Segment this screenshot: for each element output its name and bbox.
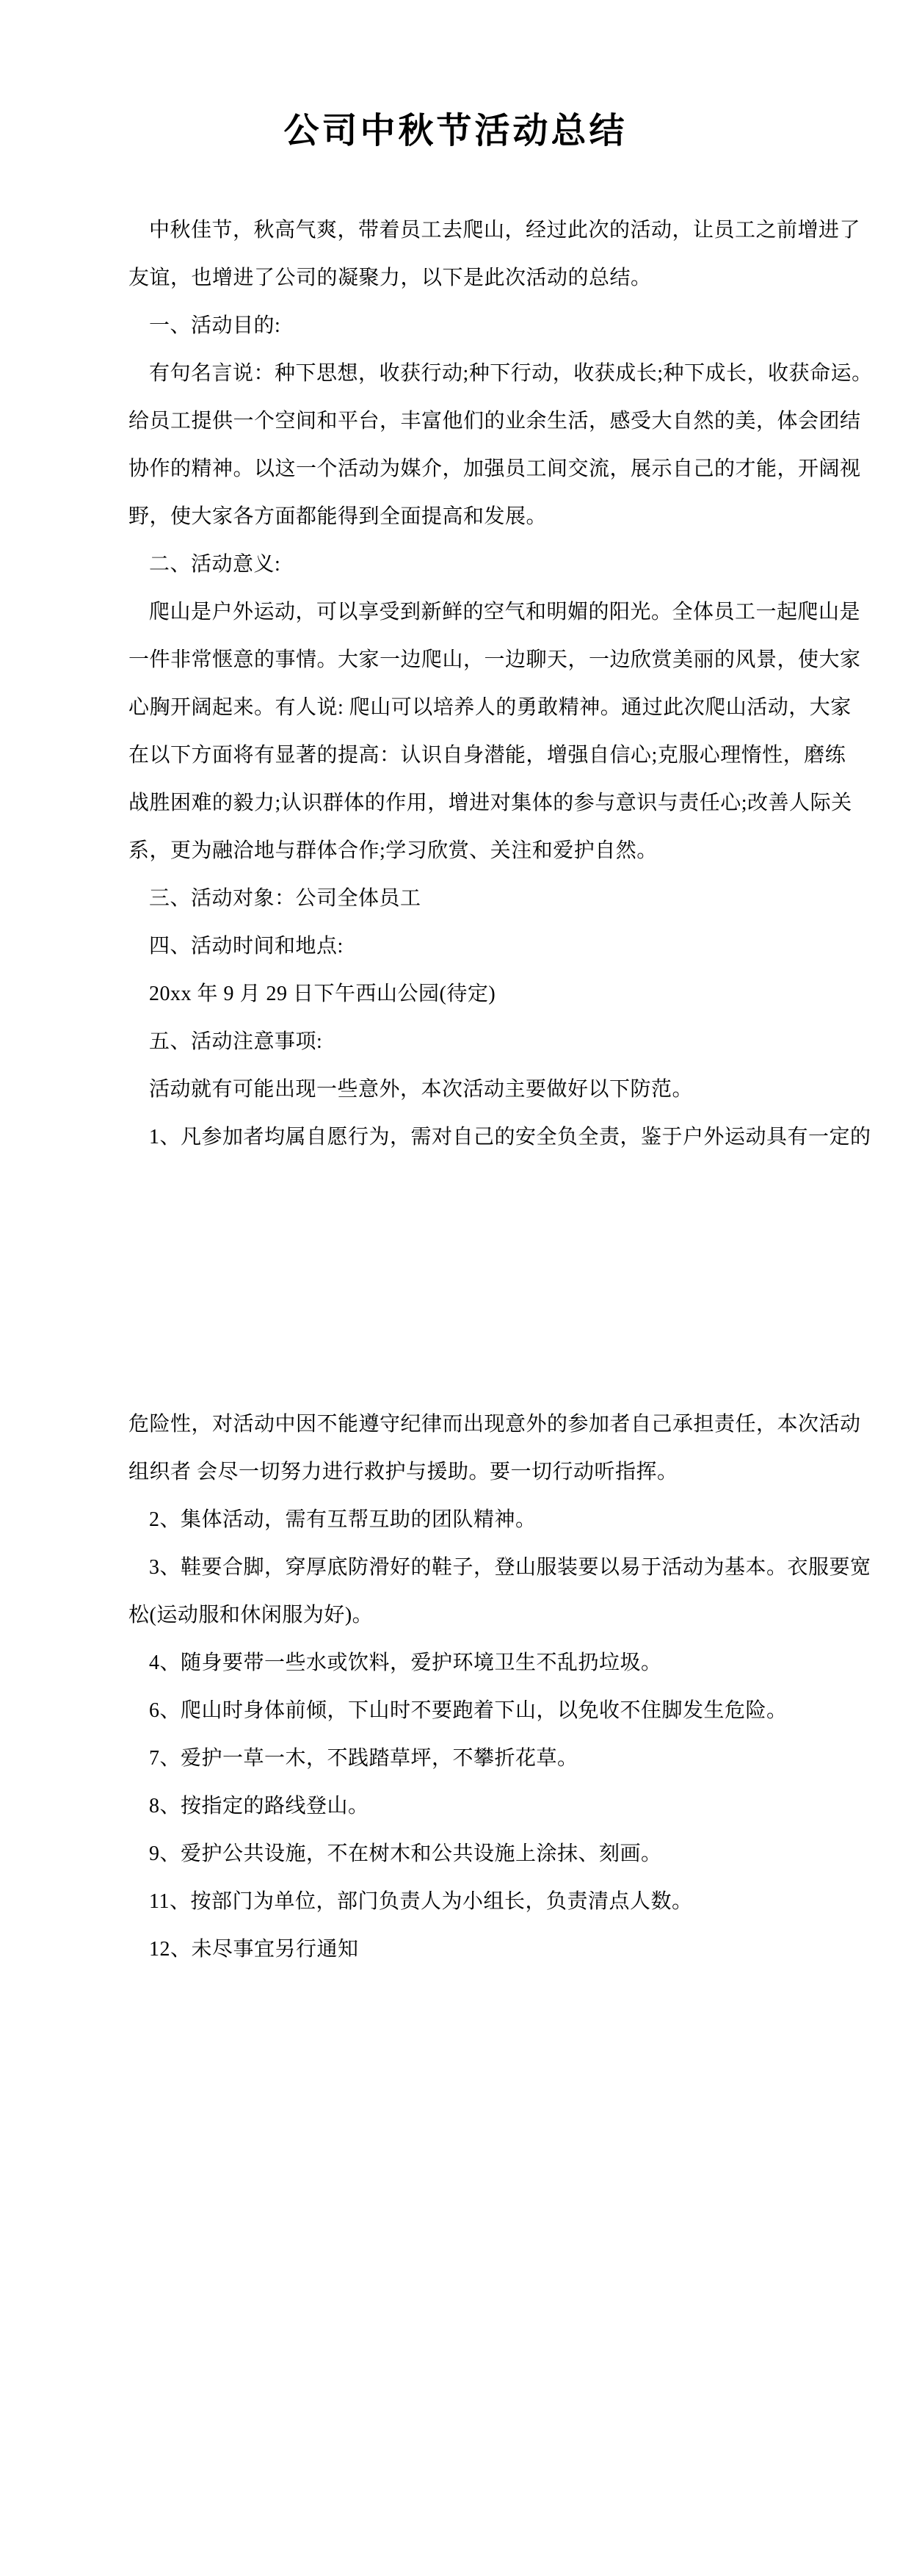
document-page: 公司中秋节活动总结 中秋佳节，秋高气爽，带着员工去爬山，经过此次的活动，让员工之… [0, 0, 911, 2576]
text-line: 五、活动注意事项: [128, 1018, 830, 1066]
text-line: 战胜困难的毅力;认识群体的作用，增进对集体的参与意识与责任心;改善人际关 [128, 779, 830, 827]
text-line: 三、活动对象：公司全体员工 [128, 875, 830, 922]
text-line: 松(运动服和休闲服为好)。 [128, 1591, 830, 1639]
text-line: 9、爱护公共设施，不在树木和公共设施上涂抹、刻画。 [128, 1830, 830, 1878]
text-line: 四、活动时间和地点: [128, 922, 830, 970]
text-line: 二、活动意义: [128, 540, 830, 588]
text-line: 心胸开阔起来。有人说: 爬山可以培养人的勇敢精神。通过此次爬山活动，大家 [128, 684, 830, 731]
text-line: 4、随身要带一些水或饮料，爱护环境卫生不乱扔垃圾。 [128, 1639, 830, 1687]
text-line: 8、按指定的路线登山。 [128, 1782, 830, 1830]
text-line: 7、爱护一草一木，不践踏草坪，不攀折花草。 [128, 1734, 830, 1782]
page2-text-block: 危险性，对活动中因不能遵守纪律而出现意外的参加者自己承担责任，本次活动组织者 会… [0, 1400, 911, 1973]
text-line: 一件非常惬意的事情。大家一边爬山，一边聊天，一边欣赏美丽的风景，使大家 [128, 636, 830, 684]
text-line: 20xx 年 9 月 29 日下午西山公园(待定) [128, 970, 830, 1018]
text-line: 有句名言说：种下思想，收获行动;种下行动，收获成长;种下成长，收获命运。 [128, 350, 830, 397]
text-line: 6、爬山时身体前倾，下山时不要跑着下山，以免收不住脚发生危险。 [128, 1687, 830, 1734]
document-title: 公司中秋节活动总结 [0, 110, 911, 153]
text-line: 2、集体活动，需有互帮互助的团队精神。 [128, 1496, 830, 1544]
page1-text-block: 中秋佳节，秋高气爽，带着员工去爬山，经过此次的活动，让员工之前增进了友谊，也增进… [0, 206, 911, 1161]
text-line: 一、活动目的: [128, 302, 830, 350]
text-line: 危险性，对活动中因不能遵守纪律而出现意外的参加者自己承担责任，本次活动 [128, 1400, 830, 1448]
text-line: 组织者 会尽一切努力进行救护与援助。要一切行动听指挥。 [128, 1448, 830, 1496]
text-line: 系，更为融洽地与群体合作;学习欣赏、关注和爱护自然。 [128, 827, 830, 875]
text-line: 12、未尽事宜另行通知 [128, 1925, 830, 1973]
text-line: 活动就有可能出现一些意外，本次活动主要做好以下防范。 [128, 1066, 830, 1113]
text-line: 野，使大家各方面都能得到全面提高和发展。 [128, 493, 830, 540]
text-line: 爬山是户外运动，可以享受到新鲜的空气和明媚的阳光。全体员工一起爬山是 [128, 588, 830, 636]
text-line: 给员工提供一个空间和平台，丰富他们的业余生活，感受大自然的美，体会团结 [128, 397, 830, 445]
text-line: 协作的精神。以这一个活动为媒介，加强员工间交流，展示自己的才能，开阔视 [128, 445, 830, 493]
text-line: 1、凡参加者均属自愿行为，需对自己的安全负全责，鉴于户外运动具有一定的 [128, 1113, 830, 1161]
text-line: 在以下方面将有显著的提高：认识自身潜能，增强自信心;克服心理惰性，磨练 [128, 731, 830, 779]
text-line: 11、按部门为单位，部门负责人为小组长，负责清点人数。 [128, 1878, 830, 1925]
text-line: 3、鞋要合脚，穿厚底防滑好的鞋子，登山服装要以易于活动为基本。衣服要宽 [128, 1544, 830, 1591]
text-line: 中秋佳节，秋高气爽，带着员工去爬山，经过此次的活动，让员工之前增进了 [128, 206, 830, 254]
text-line: 友谊，也增进了公司的凝聚力，以下是此次活动的总结。 [128, 254, 830, 302]
